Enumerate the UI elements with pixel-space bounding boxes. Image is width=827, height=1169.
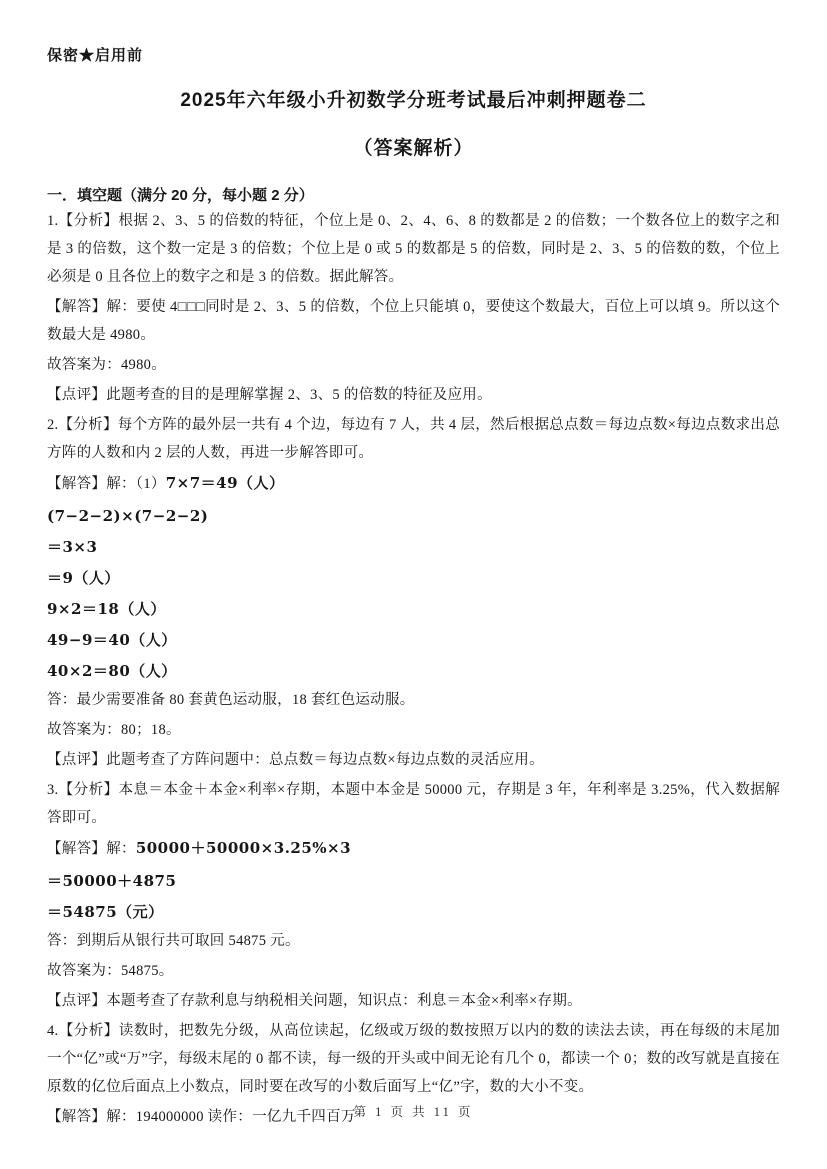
q1-solution-paragraph: 【解答】解：要使 4□□□同时是 2、3、5 的倍数，个位上只能填 0，要使这个… [47,293,780,349]
q3-solution-equation: 50000＋50000×3.25%×3 [136,839,351,857]
q3-analysis-paragraph: 3.【分析】本息＝本金＋本金×利率×存期，本题中本金是 50000 元，存期是 … [47,776,780,832]
equation-line: 40×2＝80（人） [47,658,780,684]
q3-solution-line: 【解答】解：50000＋50000×3.25%×3 [47,834,780,863]
q2-solution-equation: 7×7＝49（人） [166,474,285,492]
q1-analysis-paragraph: 1.【分析】根据 2、3、5 的倍数的特征，个位上是 0、2、4、6、8 的数都… [47,207,780,291]
q2-answer-line: 故答案为：80；18。 [47,716,780,744]
equation-line: 49−9＝40（人） [47,627,780,653]
document-subtitle: （答案解析） [47,133,780,160]
equation-line: ＝50000＋4875 [47,868,780,894]
q2-analysis-paragraph: 2.【分析】每个方阵的最外层一共有 4 个边，每边有 7 人，共 4 层，然后根… [47,411,780,467]
q3-answer-line: 故答案为：54875。 [47,957,780,985]
q3-solution-label: 【解答】解： [47,841,136,857]
q1-comment-paragraph: 【点评】此题考查的目的是理解掌握 2、3、5 的倍数的特征及应用。 [47,381,780,409]
q4-analysis-paragraph: 4.【分析】读数时，把数先分级，从高位读起，亿级或万级的数按照万以内的数的读法去… [47,1017,780,1101]
document-page: 保密★启用前 2025年六年级小升初数学分班考试最后冲刺押题卷二 （答案解析） … [0,0,827,1169]
q3-comment-paragraph: 【点评】本题考查了存款利息与纳税相关问题，知识点：利息＝本金×利率×存期。 [47,987,780,1015]
security-label: 保密★启用前 [47,44,780,65]
equation-line: (7−2−2)×(7−2−2) [47,503,780,529]
equation-line: 9×2＝18（人） [47,596,780,622]
section-heading-fill-in-blanks: 一．填空题（满分 20 分，每小题 2 分） [47,184,780,205]
q1-answer-line: 故答案为：4980。 [47,351,780,379]
q3-answer-sentence: 答：到期后从银行共可取回 54875 元。 [47,927,780,955]
q2-answer-sentence: 答：最少需要准备 80 套黄色运动服，18 套红色运动服。 [47,686,780,714]
q2-solution-label: 【解答】解：（1） [47,476,166,492]
equation-line: ＝54875（元） [47,899,780,925]
document-title: 2025年六年级小升初数学分班考试最后冲刺押题卷二 [47,85,780,112]
q2-solution-line: 【解答】解：（1）7×7＝49（人） [47,469,780,498]
page-number-footer: 第 1 页 共 11 页 [0,1102,827,1120]
equation-line: ＝9（人） [47,565,780,591]
q2-comment-paragraph: 【点评】此题考查了方阵问题中：总点数＝每边点数×每边点数的灵活应用。 [47,746,780,774]
equation-line: ＝3×3 [47,534,780,560]
